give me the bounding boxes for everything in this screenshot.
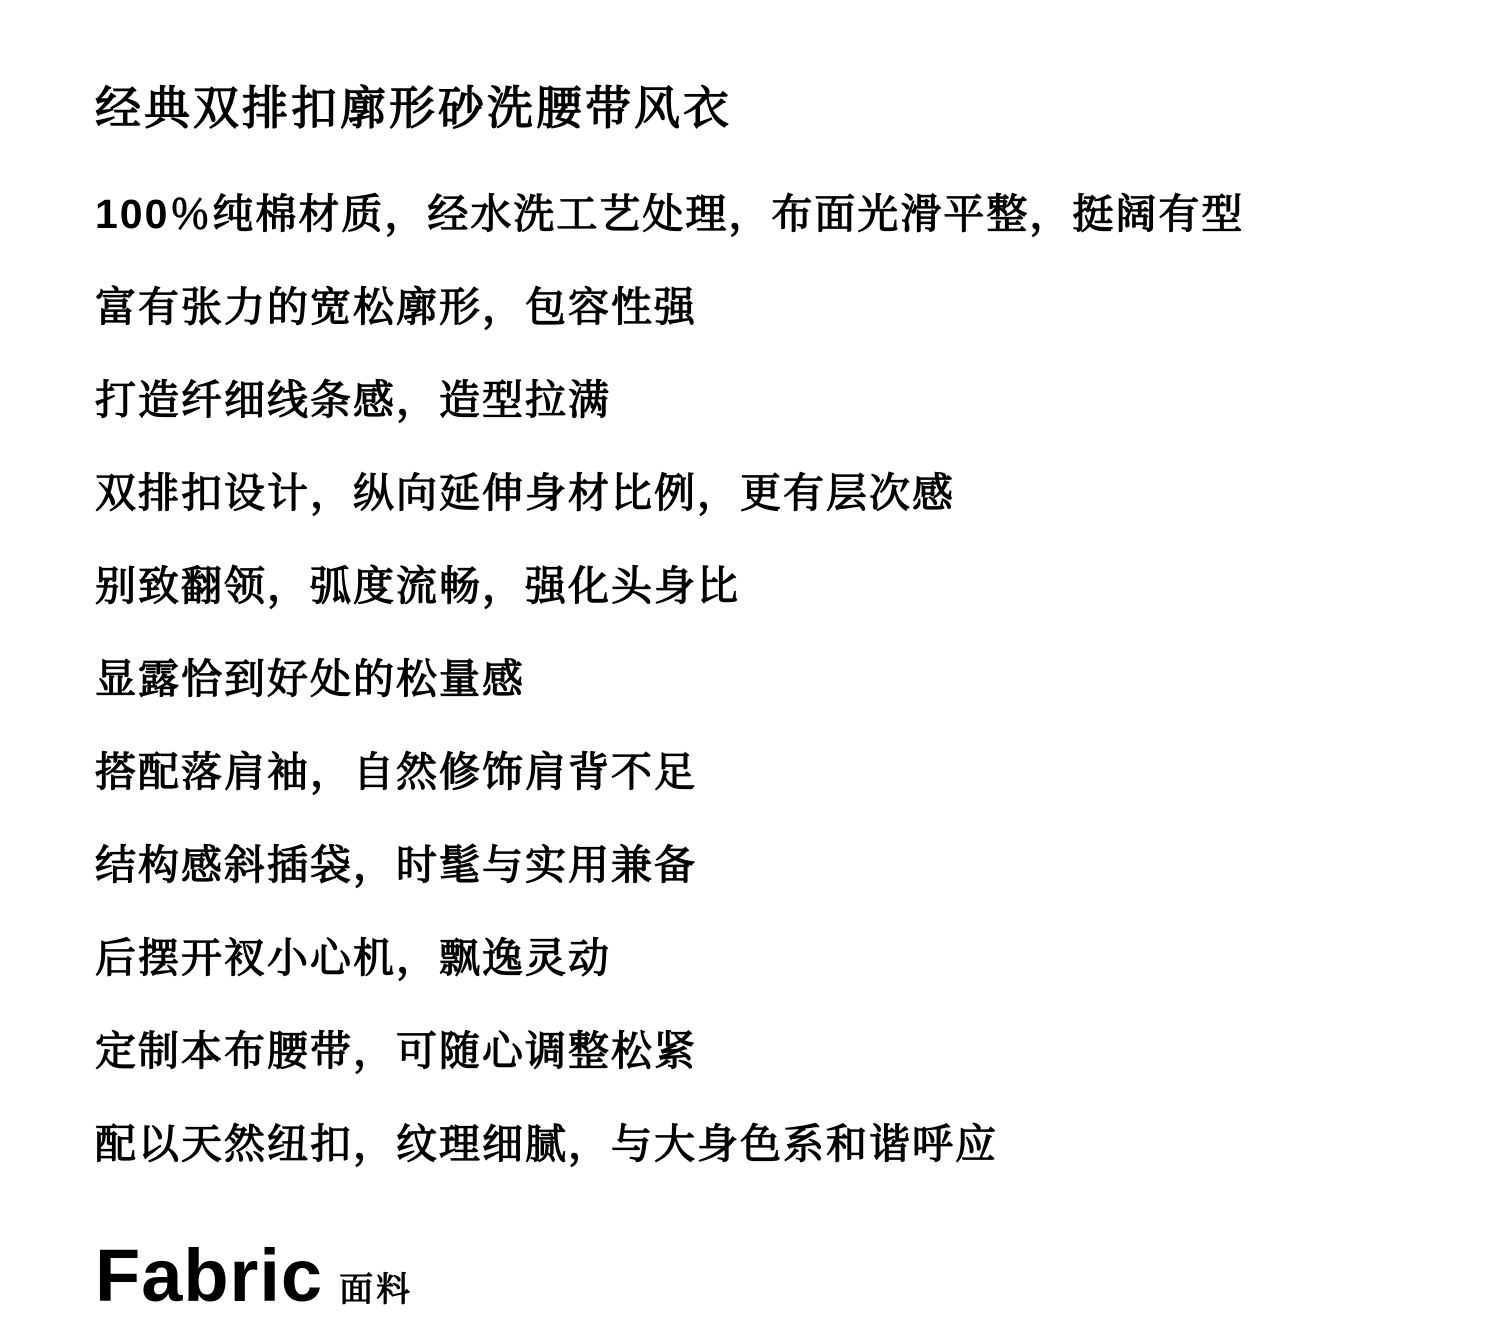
product-title: 经典双排扣廓形砂洗腰带风衣: [95, 82, 1440, 135]
selling-points-list: 100％纯棉材质，经水洗工艺处理，布面光滑平整，挺阔有型富有张力的宽松廓形，包容…: [95, 193, 1440, 1165]
selling-point: 后摆开衩小心机，飘逸灵动: [95, 937, 1440, 979]
selling-point: 双排扣设计，纵向延伸身材比例，更有层次感: [95, 472, 1440, 514]
selling-point: 定制本布腰带，可随心调整松紧: [95, 1030, 1440, 1072]
fabric-heading-chinese: 面料: [339, 1273, 413, 1307]
selling-point: 别致翻领，弧度流畅，强化头身比: [95, 565, 1440, 607]
selling-point: 100％纯棉材质，经水洗工艺处理，布面光滑平整，挺阔有型: [95, 193, 1440, 235]
selling-point: 显露恰到好处的松量感: [95, 658, 1440, 700]
selling-point: 搭配落肩袖，自然修饰肩背不足: [95, 751, 1440, 793]
selling-point: 富有张力的宽松廓形，包容性强: [95, 286, 1440, 328]
fabric-section-heading: Fabric 面料: [95, 1239, 1440, 1313]
fabric-heading-english: Fabric: [95, 1239, 323, 1313]
selling-point: 结构感斜插袋，时髦与实用兼备: [95, 844, 1440, 886]
selling-point: 打造纤细线条感，造型拉满: [95, 379, 1440, 421]
selling-point: 配以天然纽扣，纹理细腻，与大身色系和谐呼应: [95, 1123, 1440, 1165]
product-description-section: 经典双排扣廓形砂洗腰带风衣 100％纯棉材质，经水洗工艺处理，布面光滑平整，挺阔…: [0, 82, 1500, 1313]
